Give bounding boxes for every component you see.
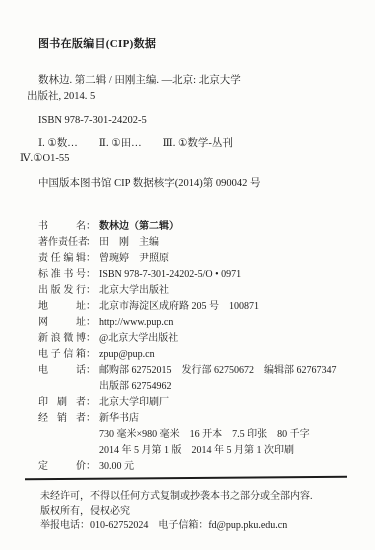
notice-line-1: 未经许可，不得以任何方式复制或抄袭本书之部分或全部内容. [40, 490, 313, 505]
colophon-row-value: http://www.pup.cn [99, 317, 173, 328]
colophon-row-value: 田 刚 主编 [99, 237, 159, 248]
cip-heading: 图书在版编目(CIP)数据 [38, 38, 156, 51]
colophon-row: 地址：北京市海淀区成府路 205 号 100871 [38, 299, 337, 315]
colophon-row-label: 网址 [38, 315, 86, 331]
divider-line [25, 476, 347, 481]
colophon-row-value: 北京市海淀区成府路 205 号 100871 [99, 301, 259, 312]
colophon-row-label: 出版发行 [38, 283, 86, 299]
cip-entry-line-1: 数林边. 第二辑 / 田刚主编. —北京: 北京大学 [38, 74, 241, 87]
colophon-row: 书名：数林边（第二辑） [38, 219, 337, 235]
colophon-row-label: 书名 [38, 219, 86, 235]
colophon-row: ：2014 年 5 月第 1 版 2014 年 5 月第 1 次印刷 [38, 443, 337, 459]
colophon-row-colon: ： [86, 347, 96, 363]
colophon-row-colon: ： [86, 315, 96, 331]
colophon-table: 书名：数林边（第二辑） 著作责任者：田 刚 主编 责任编辑：曾琬婷 尹照原 标准… [38, 219, 337, 475]
colophon-row-value: 出版部 62754962 [99, 381, 172, 392]
colophon-row: 新浪微博：@北京大学出版社 [38, 331, 337, 347]
colophon-row-value: 30.00 元 [99, 461, 134, 472]
colophon-row-label: 著作责任者 [38, 235, 86, 251]
colophon-row-value: @北京大学出版社 [99, 333, 178, 344]
colophon-row-colon: ： [86, 363, 96, 379]
colophon-row-label: 印刷者 [38, 395, 86, 411]
colophon-row-value: 邮购部 62752015 发行部 62750672 编辑部 62767347 [99, 365, 337, 376]
colophon-row-label: 定价 [38, 459, 86, 475]
colophon-row-label: 电子信箱 [38, 347, 86, 363]
colophon-row: 网址：http://www.pup.cn [38, 315, 337, 331]
colophon-row-colon: ： [86, 395, 96, 411]
colophon-row: 定价：30.00 元 [38, 459, 337, 475]
colophon-row-label: 新浪微博 [38, 331, 86, 347]
cip-registry-line: 中国版本图书馆 CIP 数据核字(2014)第 090042 号 [38, 177, 260, 190]
colophon-row: ：730 毫米×980 毫米 16 开本 7.5 印张 80 千字 [38, 427, 337, 443]
colophon-row-colon: ： [86, 251, 96, 267]
colophon-row-value: 2014 年 5 月第 1 版 2014 年 5 月第 1 次印刷 [99, 445, 294, 456]
colophon-row: 印刷者：北京大学印刷厂 [38, 395, 337, 411]
isbn-line: ISBN 978-7-301-24202-5 [38, 114, 147, 127]
cip-entry-line-2: 出版社, 2014. 5 [27, 90, 95, 103]
colophon-row-colon: ： [86, 235, 96, 251]
colophon-row-value: zpup@pup.cn [99, 349, 155, 360]
colophon-row-colon: ： [86, 267, 96, 283]
colophon-row: 著作责任者：田 刚 主编 [38, 235, 337, 251]
cip-classification-line-2: Ⅳ.①O1-55 [20, 152, 69, 165]
copyright-page: 图书在版编目(CIP)数据 数林边. 第二辑 / 田刚主编. —北京: 北京大学… [0, 0, 375, 550]
colophon-row-value: 北京大学出版社 [99, 285, 169, 296]
colophon-row-label: 责任编辑 [38, 251, 86, 267]
colophon-row-colon: ： [86, 283, 96, 299]
colophon-row: 经销者：新华书店 [38, 411, 337, 427]
report-contact-line: 举报电话：010-62752024 电子信箱：fd@pup.pku.edu.cn [40, 519, 313, 534]
colophon-row-value: 730 毫米×980 毫米 16 开本 7.5 印张 80 千字 [99, 429, 310, 440]
colophon-row-value: 北京大学印刷厂 [99, 397, 169, 408]
colophon-row-label: 电话 [38, 363, 86, 379]
colophon-row: ：出版部 62754962 [38, 379, 337, 395]
colophon-row-colon: ： [86, 331, 96, 347]
colophon-row-value: 新华书店 [99, 413, 139, 424]
colophon-row-label: 标准书号 [38, 267, 86, 283]
colophon-row-colon: ： [86, 299, 96, 315]
colophon-row-value: 数林边（第二辑） [99, 221, 179, 232]
colophon-row-colon: ： [86, 459, 96, 475]
notice-line-2: 版权所有，侵权必究 [40, 505, 313, 520]
colophon-row-label: 地址 [38, 299, 86, 315]
colophon-row-value: 曾琬婷 尹照原 [99, 253, 169, 264]
colophon-row: 标准书号：ISBN 978-7-301-24202-5/O • 0971 [38, 267, 337, 283]
colophon-row-colon: ： [86, 411, 96, 427]
colophon-row: 电话：邮购部 62752015 发行部 62750672 编辑部 6276734… [38, 363, 337, 379]
copyright-notice-block: 未经许可，不得以任何方式复制或抄袭本书之部分或全部内容. 版权所有，侵权必究 举… [40, 490, 313, 534]
cip-classification-line-1: Ⅰ. ①数… Ⅱ. ①田… Ⅲ. ①数学-丛刊 [38, 137, 233, 150]
colophon-row: 出版发行：北京大学出版社 [38, 283, 337, 299]
colophon-row-label: 经销者 [38, 411, 86, 427]
colophon-row: 责任编辑：曾琬婷 尹照原 [38, 251, 337, 267]
colophon-row-value: ISBN 978-7-301-24202-5/O • 0971 [99, 269, 241, 280]
colophon-row-colon: ： [86, 219, 96, 235]
colophon-row: 电子信箱：zpup@pup.cn [38, 347, 337, 363]
